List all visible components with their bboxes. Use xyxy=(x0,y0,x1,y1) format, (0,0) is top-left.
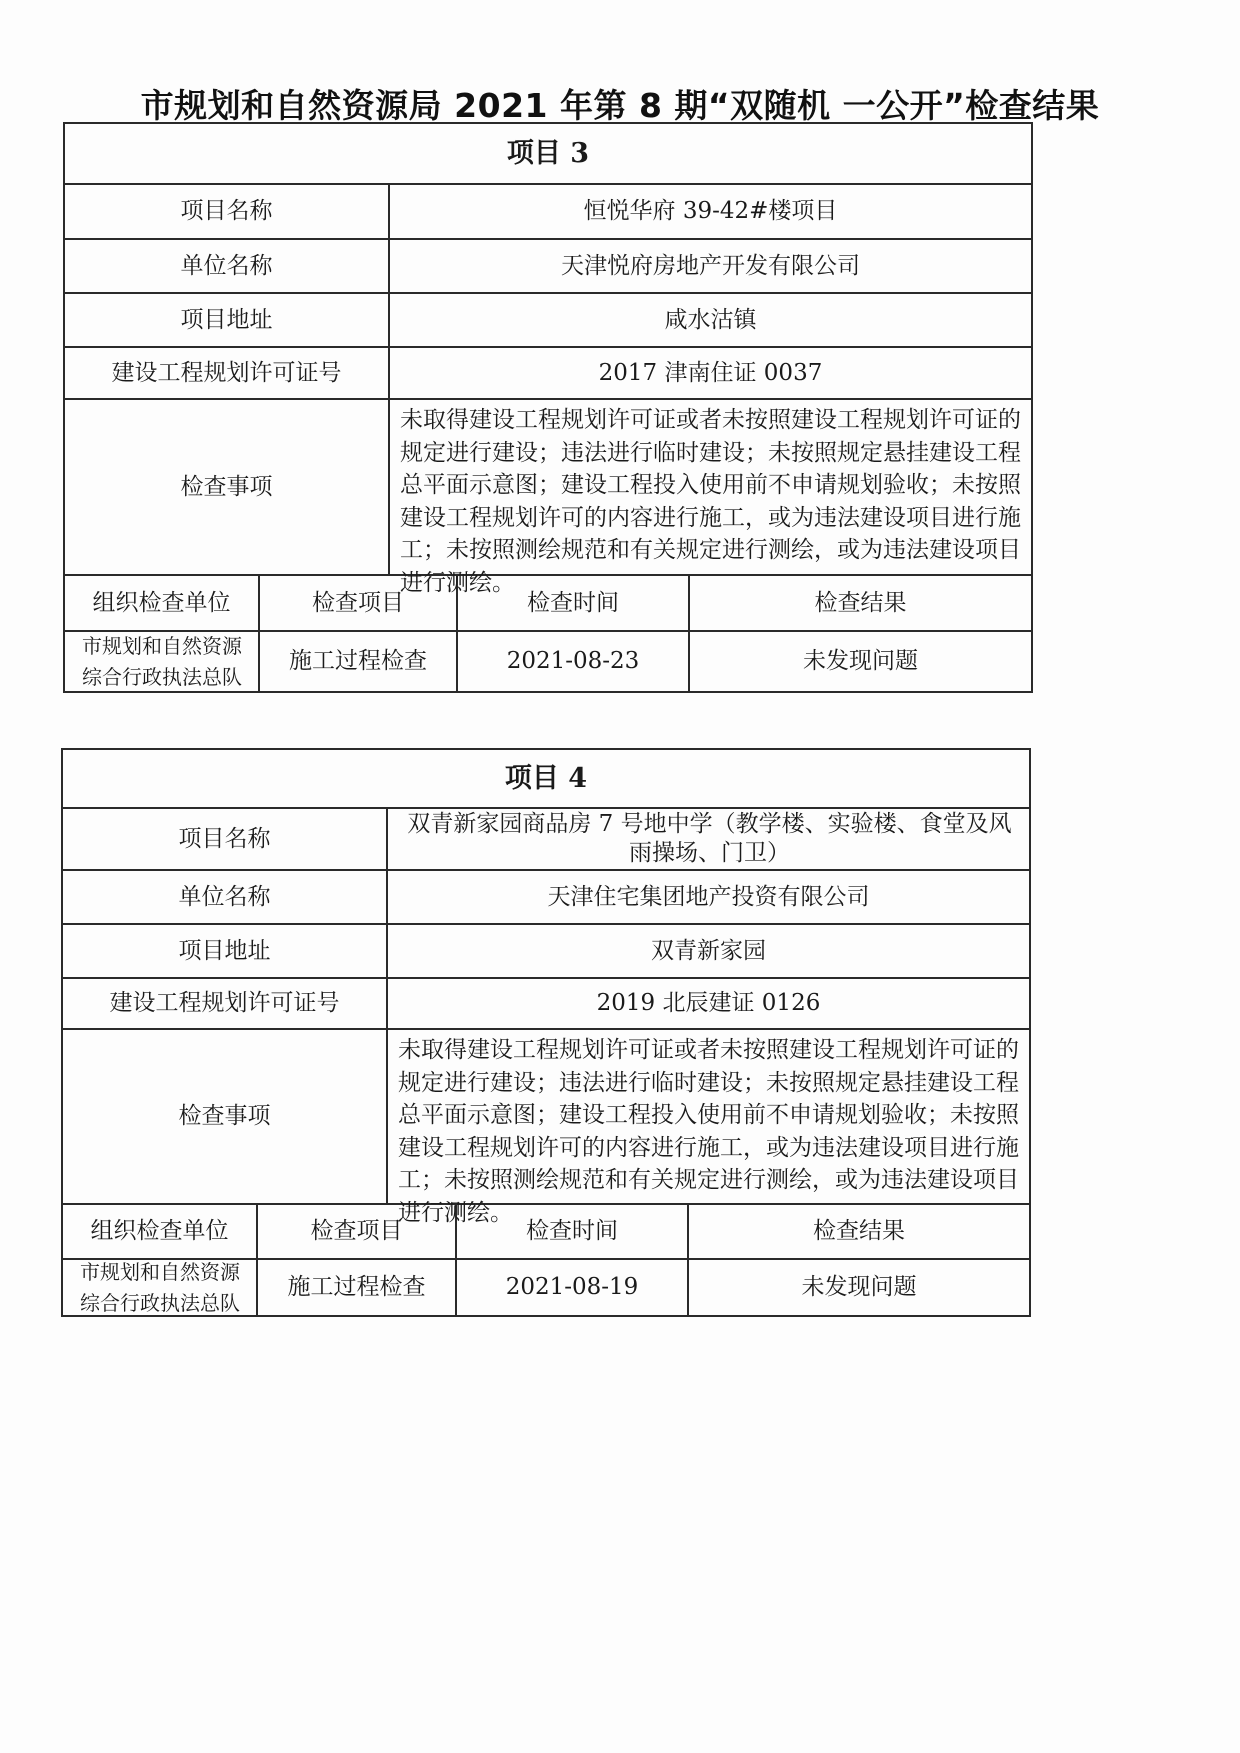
value-unit-name: 天津悦府房地产开发有限公司 xyxy=(390,240,1031,292)
col-header-item: 检查项目 xyxy=(258,1205,455,1258)
value-item: 施工过程检查 xyxy=(258,1260,455,1315)
label-inspection-matters: 检查事项 xyxy=(65,400,388,574)
value-inspection-matters: 未取得建设工程规划许可证或者未按照建设工程规划许可证的规定进行建设；违法进行临时… xyxy=(388,1030,1029,1203)
col-header-result: 检查结果 xyxy=(690,576,1031,630)
project-table-3: 项目 3 项目名称 恒悦华府 39-42#楼项目 单位名称 天津悦府房地产开发有… xyxy=(63,122,1033,693)
label-project-address: 项目地址 xyxy=(63,925,386,977)
value-project-name: 恒悦华府 39-42#楼项目 xyxy=(390,185,1031,238)
label-unit-name: 单位名称 xyxy=(65,240,388,292)
project-table-4: 项目 4 项目名称 双青新家园商品房 7 号地中学（教学楼、实验楼、食堂及风雨操… xyxy=(61,748,1031,1317)
value-org: 市规划和自然资源综合行政执法总队 xyxy=(67,1260,253,1315)
value-item: 施工过程检查 xyxy=(260,632,456,691)
col-header-org: 组织检查单位 xyxy=(65,576,258,630)
document-title: 市规划和自然资源局 2021 年第 8 期“双随机 一公开”检查结果 xyxy=(0,80,1240,127)
value-time: 2021-08-23 xyxy=(458,632,688,691)
project-header: 项目 3 xyxy=(65,124,1031,183)
value-project-name: 双青新家园商品房 7 号地中学（教学楼、实验楼、食堂及风雨操场、门卫） xyxy=(388,809,1029,869)
label-inspection-matters: 检查事项 xyxy=(63,1030,386,1203)
value-result: 未发现问题 xyxy=(689,1260,1029,1315)
value-permit-number: 2017 津南住证 0037 xyxy=(390,348,1031,398)
label-permit-number: 建设工程规划许可证号 xyxy=(65,348,388,398)
col-header-item: 检查项目 xyxy=(260,576,456,630)
value-project-address: 咸水沽镇 xyxy=(390,294,1031,346)
value-project-address: 双青新家园 xyxy=(388,925,1029,977)
col-header-result: 检查结果 xyxy=(689,1205,1029,1258)
label-project-name: 项目名称 xyxy=(63,809,386,869)
value-permit-number: 2019 北辰建证 0126 xyxy=(388,979,1029,1028)
col-header-time: 检查时间 xyxy=(457,1205,687,1258)
col-header-time: 检查时间 xyxy=(458,576,688,630)
value-time: 2021-08-19 xyxy=(457,1260,687,1315)
col-header-org: 组织检查单位 xyxy=(63,1205,256,1258)
label-unit-name: 单位名称 xyxy=(63,871,386,923)
value-unit-name: 天津住宅集团地产投资有限公司 xyxy=(388,871,1029,923)
value-inspection-matters: 未取得建设工程规划许可证或者未按照建设工程规划许可证的规定进行建设；违法进行临时… xyxy=(390,400,1031,574)
label-permit-number: 建设工程规划许可证号 xyxy=(63,979,386,1028)
project-header: 项目 4 xyxy=(63,750,1029,807)
label-project-address: 项目地址 xyxy=(65,294,388,346)
value-result: 未发现问题 xyxy=(690,632,1031,691)
label-project-name: 项目名称 xyxy=(65,185,388,238)
value-org: 市规划和自然资源综合行政执法总队 xyxy=(69,632,255,691)
